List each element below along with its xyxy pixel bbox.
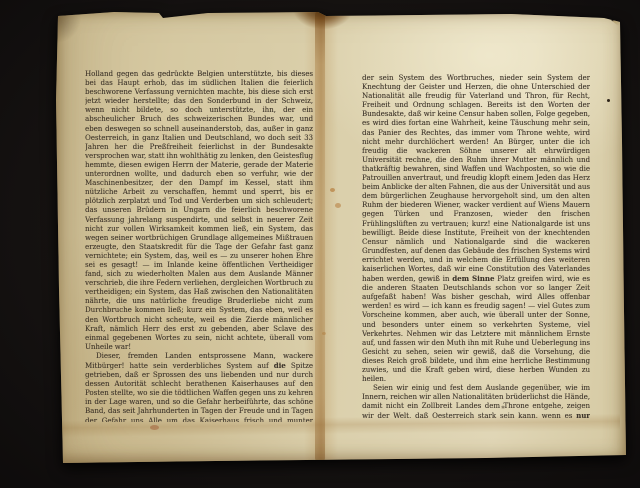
fold-top-stain <box>280 8 366 56</box>
document-paper: Holland gegen das gedrückte Belgien unte… <box>56 10 626 463</box>
paper-shadow-wrap: Holland gegen das gedrückte Belgien unte… <box>0 0 640 488</box>
left-page-text: Holland gegen das gedrückte Belgien unte… <box>85 70 313 422</box>
foxing-spot <box>335 203 341 208</box>
photo-background: Holland gegen das gedrückte Belgien unte… <box>0 0 640 488</box>
folded-corner <box>605 15 622 29</box>
foxing-spot <box>150 425 159 430</box>
printer-mark: * <box>497 405 509 413</box>
right-page-text: der sein System des Wortbruches, nieder … <box>362 74 590 418</box>
foxing-spot <box>322 332 326 335</box>
center-fold-stain <box>315 10 325 463</box>
foxing-spot <box>330 188 335 192</box>
ink-speck <box>607 99 610 102</box>
